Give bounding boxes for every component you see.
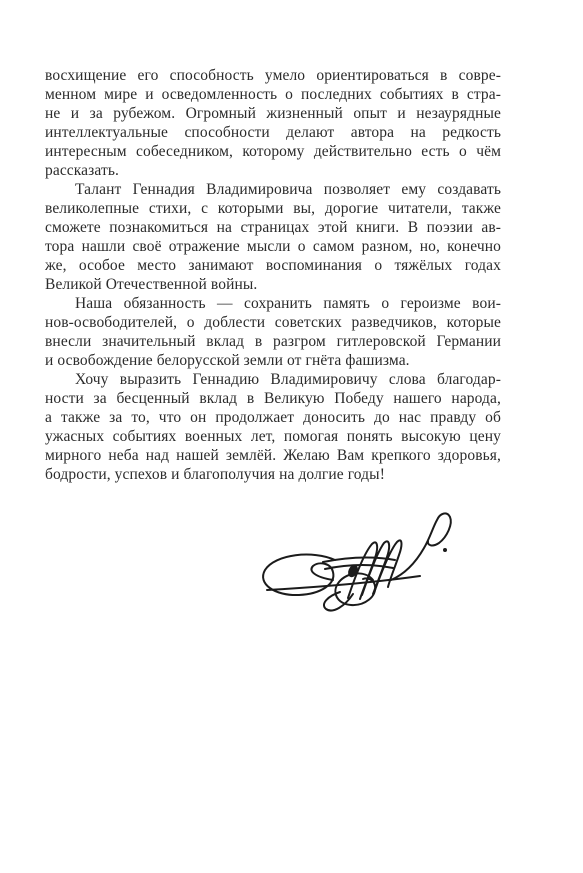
body-text: восхищение его способность умело ориенти… bbox=[45, 66, 501, 484]
text-line: Хочу выразить Геннадию Владимировичу сло… bbox=[45, 370, 501, 389]
text-line: ужасных событиях военных лет, помогая по… bbox=[45, 427, 501, 446]
signature-stroke-flourish bbox=[391, 513, 451, 580]
text-line: внесли значительный вклад в разгром гитл… bbox=[45, 332, 501, 351]
text-line: Великой Отечественной войны. bbox=[45, 275, 501, 294]
text-line: рассказать. bbox=[45, 161, 501, 180]
text-line: не и за рубежом. Огромный жизненный опыт… bbox=[45, 104, 501, 123]
text-line: Наша обязанность — сохранить память о ге… bbox=[45, 294, 501, 313]
signature-image bbox=[253, 498, 465, 622]
text-line: же, особое место занимают воспоминания о… bbox=[45, 256, 501, 275]
text-line: интересным собеседником, которому действ… bbox=[45, 142, 501, 161]
text-line: Талант Геннадия Владимировича позволяет … bbox=[45, 180, 501, 199]
text-line: а также за то, что он продолжает доносит… bbox=[45, 408, 501, 427]
text-line: ности за бесценный вклад в Великую Побед… bbox=[45, 389, 501, 408]
text-line: восхищение его способность умело ориенти… bbox=[45, 66, 501, 85]
text-line: великолепные стихи, с которыми вы, дорог… bbox=[45, 199, 501, 218]
text-line: тора нашли своё отражение мысли о самом … bbox=[45, 237, 501, 256]
text-line: нов-освободителей, о доблести советских … bbox=[45, 313, 501, 332]
text-line: менном мире и осведомленность о последни… bbox=[45, 85, 501, 104]
text-line: и освобождение белорусской земли от гнёт… bbox=[45, 351, 501, 370]
text-line: бодрости, успехов и благополучия на долг… bbox=[45, 465, 501, 484]
book-page: восхищение его способность умело ориенти… bbox=[0, 0, 583, 873]
text-line: сможете познакомиться на страницах этой … bbox=[45, 218, 501, 237]
text-line: мирного неба над нашей землёй. Желаю Вам… bbox=[45, 446, 501, 465]
text-line: интеллектуальные способности делают авто… bbox=[45, 123, 501, 142]
signature-dot bbox=[443, 548, 447, 552]
